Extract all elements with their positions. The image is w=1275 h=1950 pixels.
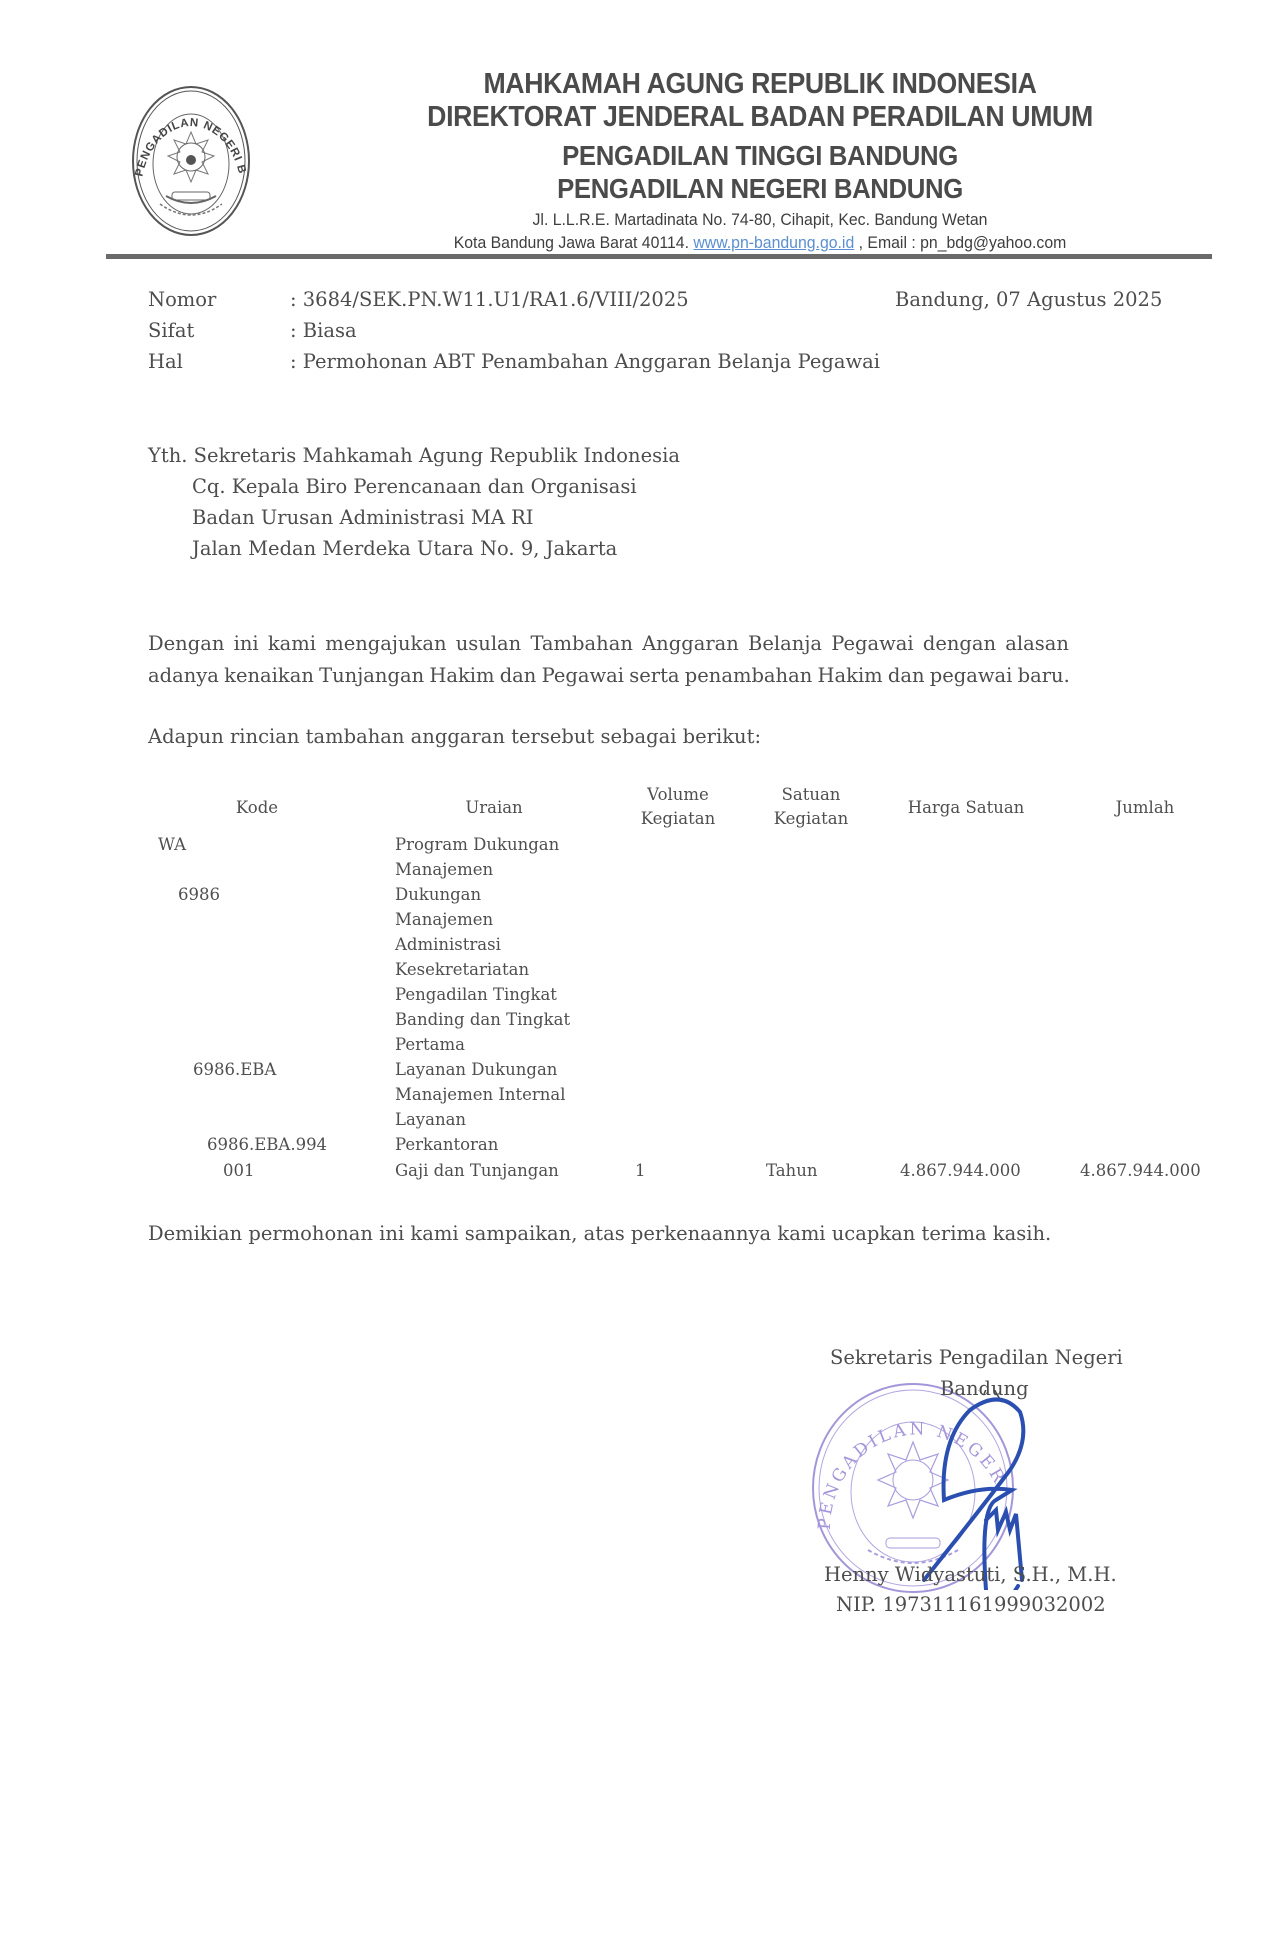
address-city: Kota Bandung Jawa Barat 40114. [454, 233, 694, 252]
sifat-value: : Biasa [290, 319, 357, 342]
row-kode-001: 001 [223, 1161, 255, 1180]
row-kode-6986: 6986 [178, 885, 220, 904]
handwritten-signature-icon [900, 1390, 1100, 1590]
letterhead-line-3: PENGADILAN TINGGI BANDUNG [364, 140, 1155, 172]
court-seal-logo: PENGADILAN NEGERI BANDUNG [130, 84, 252, 238]
row-uraian-line: Kesekretariatan [395, 960, 529, 979]
row-uraian-line: Banding dan Tingkat [395, 1010, 570, 1029]
address-email: , Email : pn_bdg@yahoo.com [854, 233, 1066, 252]
recipient-line-3: Badan Urusan Administrasi MA RI [192, 506, 533, 529]
letterhead-line-4: PENGADILAN NEGERI BANDUNG [364, 173, 1155, 205]
row-uraian-line: Manajemen Internal [395, 1085, 566, 1104]
row-uraian-line: Administrasi [395, 935, 501, 954]
body-paragraph-line-2: adanya kenaikan Tunjangan Hakim dan Pega… [148, 664, 1070, 687]
body-intro-table: Adapun rincian tambahan anggaran tersebu… [148, 725, 761, 748]
row-harga-satuan: 4.867.944.000 [900, 1161, 1021, 1180]
recipient-line-1: Yth. Sekretaris Mahkamah Agung Republik … [148, 444, 680, 467]
header-volume: Volume Kegiatan [628, 783, 728, 831]
place-date: Bandung, 07 Agustus 2025 [895, 288, 1162, 311]
row-kode-6986-eba-994: 6986.EBA.994 [207, 1135, 327, 1154]
row-uraian-line: Layanan Dukungan [395, 1060, 557, 1079]
hal-label: Hal [148, 350, 183, 373]
header-satuan-line-1: Satuan [761, 783, 861, 807]
letterhead-address-2: Kota Bandung Jawa Barat 40114. www.pn-ba… [360, 233, 1160, 253]
header-harga-satuan: Harga Satuan [891, 796, 1041, 820]
signatory-nip: NIP. 197311161999032002 [836, 1593, 1106, 1616]
letterhead-divider [106, 254, 1212, 259]
signatory-name: Henny Widyastuti, S.H., M.H. [824, 1563, 1117, 1586]
header-volume-line-2: Kegiatan [628, 807, 728, 831]
header-volume-line-1: Volume [628, 783, 728, 807]
header-jumlah: Jumlah [1090, 796, 1200, 820]
row-uraian-line: Layanan [395, 1110, 466, 1129]
signatory-title-line-1: Sekretaris Pengadilan Negeri [830, 1346, 1123, 1369]
row-uraian-line: Gaji dan Tunjangan [395, 1161, 559, 1180]
recipient-line-2: Cq. Kepala Biro Perencanaan dan Organisa… [192, 475, 637, 498]
row-uraian-line: Manajemen [395, 860, 493, 879]
row-satuan: Tahun [766, 1161, 817, 1180]
nomor-value: : 3684/SEK.PN.W11.U1/RA1.6/VIII/2025 [290, 288, 689, 311]
hal-value: : Permohonan ABT Penambahan Anggaran Bel… [290, 350, 880, 373]
recipient-line-4: Jalan Medan Merdeka Utara No. 9, Jakarta [192, 537, 617, 560]
row-kode-wa: WA [158, 835, 186, 854]
row-uraian-line: Dukungan [395, 885, 481, 904]
body-paragraph-line-1: Dengan ini kami mengajukan usulan Tambah… [148, 632, 1069, 655]
row-uraian-line: Perkantoran [395, 1135, 498, 1154]
row-uraian-line: Program Dukungan [395, 835, 559, 854]
row-uraian-line: Pertama [395, 1035, 465, 1054]
row-volume: 1 [635, 1161, 646, 1180]
row-kode-6986-eba: 6986.EBA [193, 1060, 276, 1079]
row-uraian-line: Pengadilan Tingkat [395, 985, 557, 1004]
row-jumlah: 4.867.944.000 [1080, 1161, 1201, 1180]
sifat-label: Sifat [148, 319, 194, 342]
letterhead-line-2: DIREKTORAT JENDERAL BADAN PERADILAN UMUM [364, 101, 1155, 134]
header-uraian: Uraian [434, 796, 554, 820]
row-uraian-line: Manajemen [395, 910, 493, 929]
header-kode: Kode [207, 796, 307, 820]
letterhead-address-1: Jl. L.L.R.E. Martadinata No. 74-80, Ciha… [360, 210, 1160, 230]
header-satuan: Satuan Kegiatan [761, 783, 861, 831]
letterhead-line-1: MAHKAMAH AGUNG REPUBLIK INDONESIA [364, 68, 1155, 101]
closing-paragraph: Demikian permohonan ini kami sampaikan, … [148, 1222, 1051, 1245]
website-link[interactable]: www.pn-bandung.go.id [693, 233, 854, 252]
nomor-label: Nomor [148, 288, 216, 311]
header-satuan-line-2: Kegiatan [761, 807, 861, 831]
